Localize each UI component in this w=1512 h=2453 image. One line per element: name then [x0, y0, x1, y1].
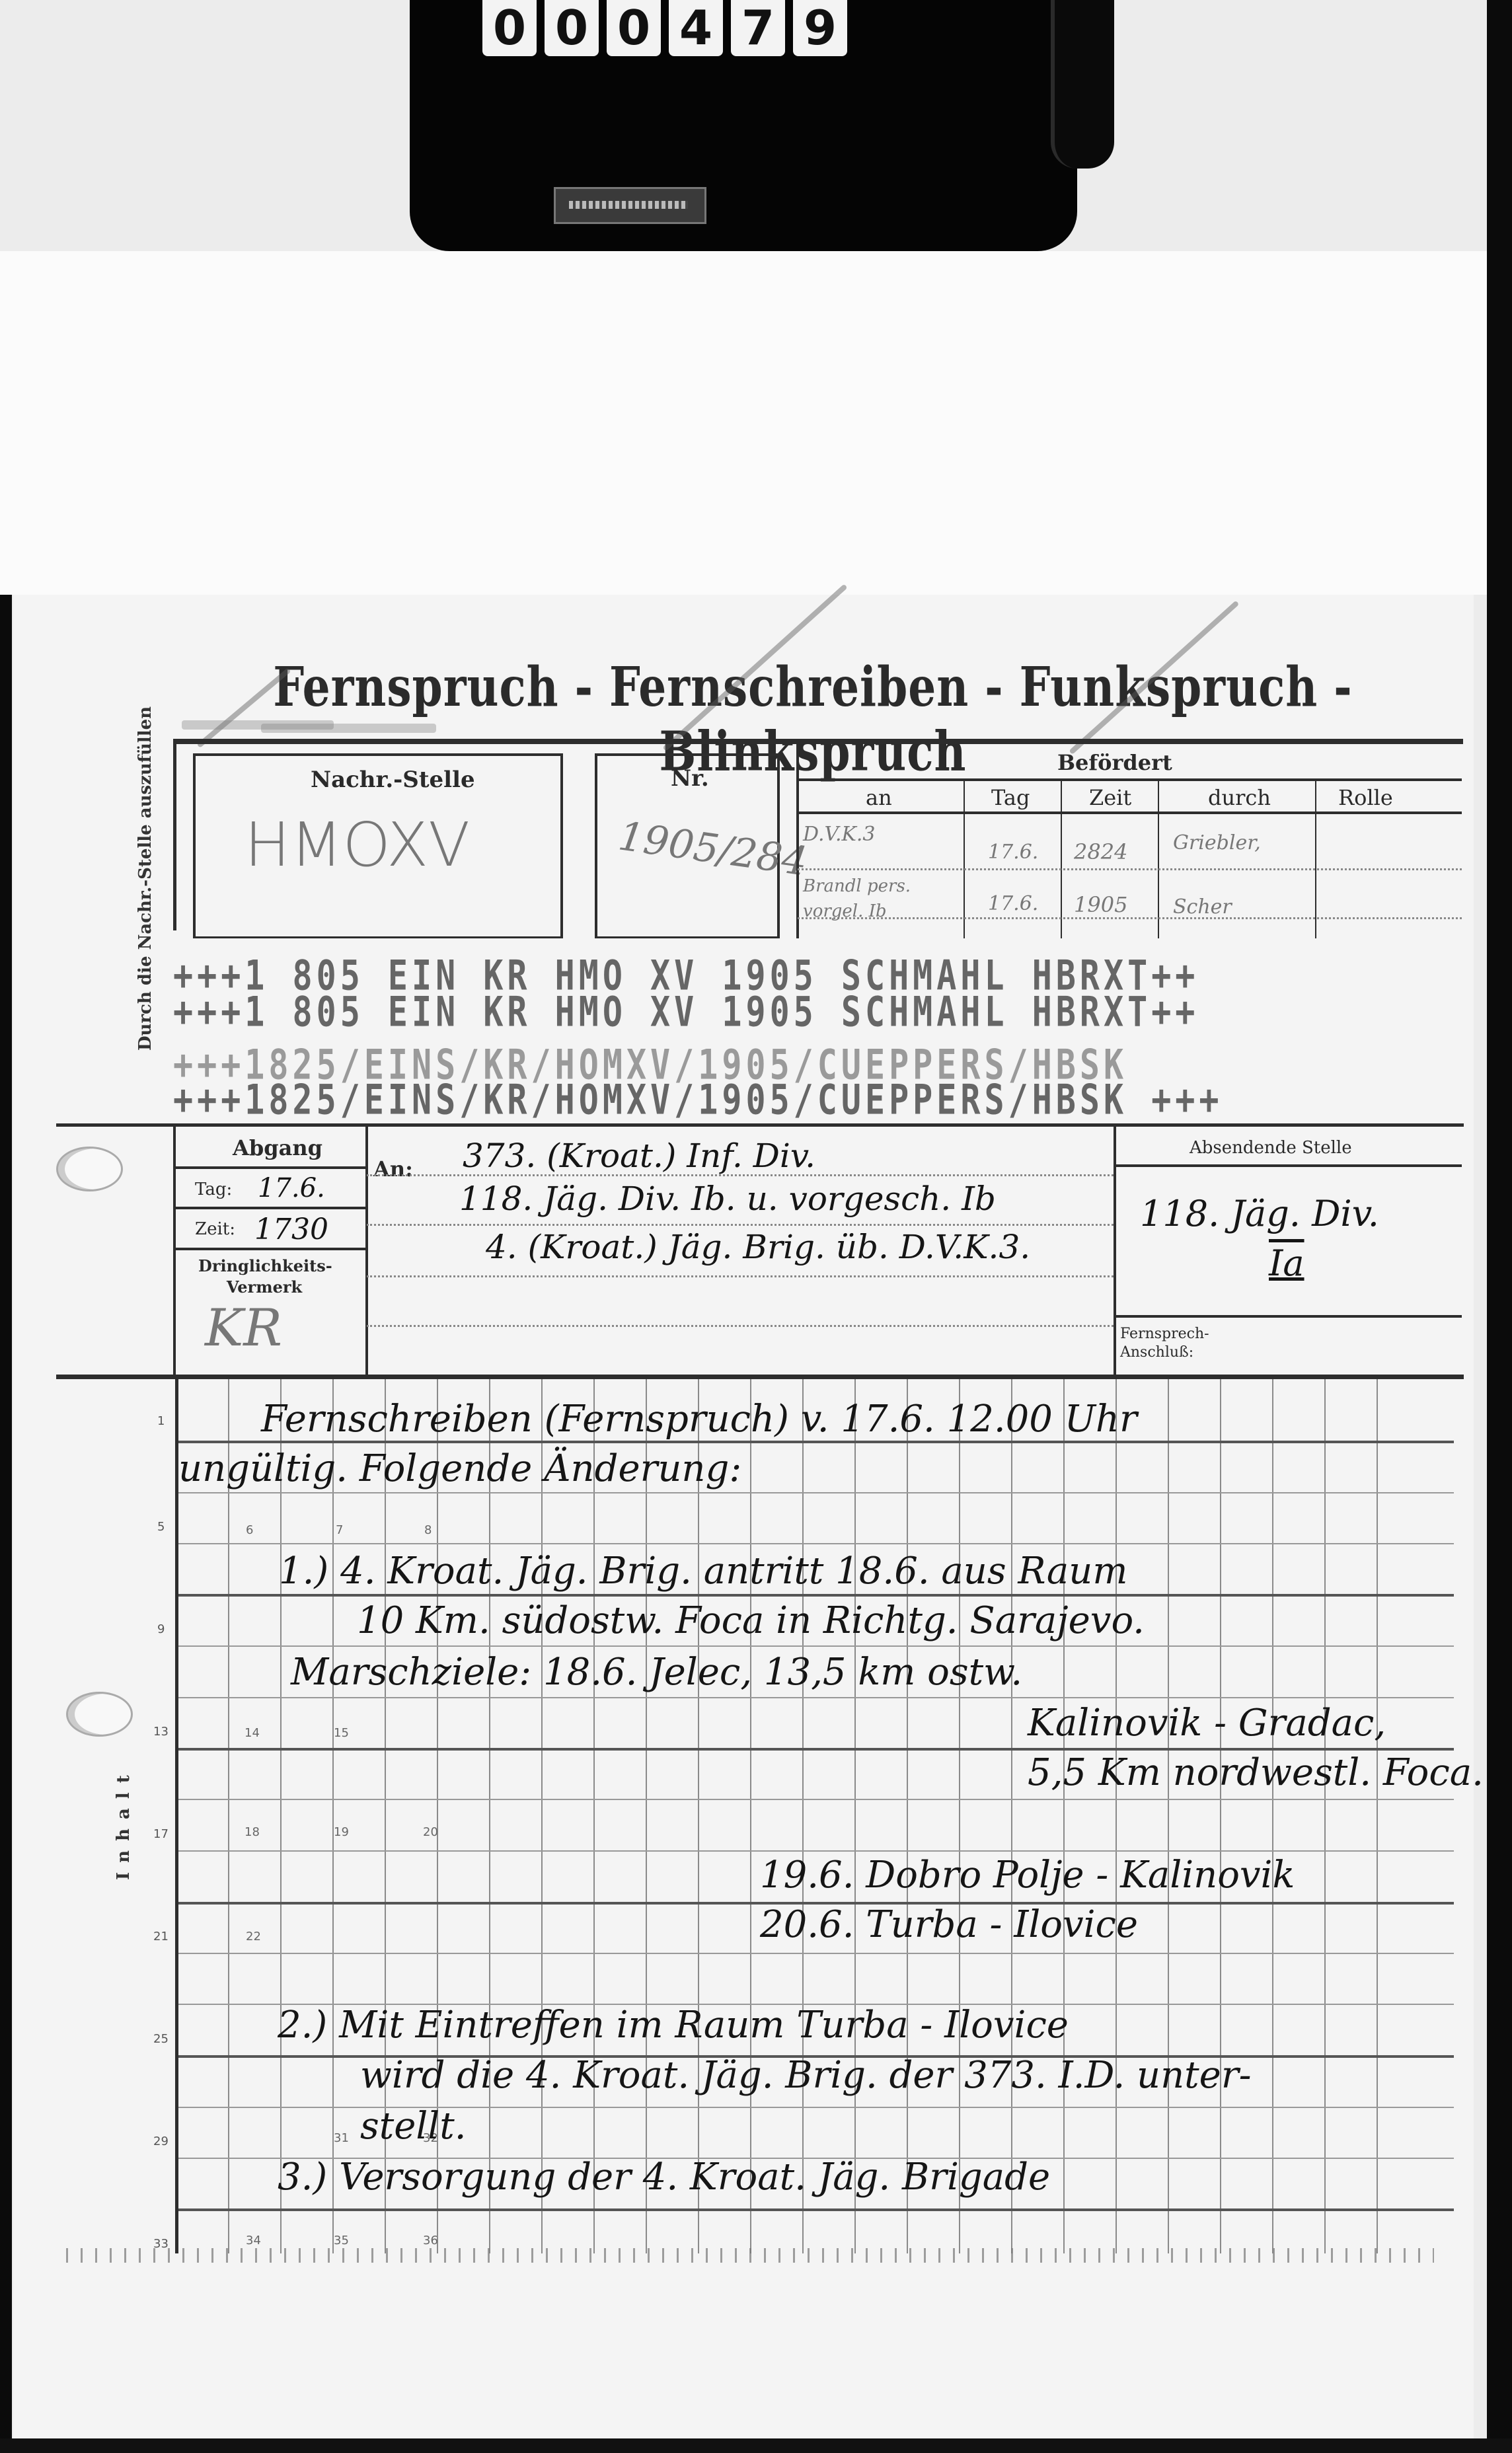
grid-row-rule: [178, 1953, 1454, 1954]
absendende-label: Absendende Stelle: [1190, 1138, 1352, 1158]
teletype-line: +++1825/EINS/KR/HOMXV/1905/CUEPPERS/HBSK…: [173, 1076, 1223, 1124]
message-line: 1.) 4. Kroat. Jäg. Brig. antritt 18.6. a…: [279, 1550, 1127, 1593]
grid-column-rule: [1168, 1379, 1169, 2253]
grid-number: 34: [246, 2234, 261, 2247]
message-line: 19.6. Dobro Polje - Kalinovik: [760, 1854, 1295, 1897]
befoerdert-col-rule: [1315, 780, 1316, 938]
dotted-rule: [367, 1174, 1114, 1176]
grid-number: 20: [423, 1825, 438, 1839]
grid-row-rule: [178, 1645, 1454, 1647]
an-line-3: 4. (Kroat.) Jäg. Brig. üb. D.V.K.3.: [486, 1228, 1030, 1266]
befoerdert-col-rule: [1061, 780, 1062, 938]
befoerdert-tag-1: 17.6.: [988, 841, 1038, 864]
title-rule: [173, 739, 1463, 744]
befoerdert-rule: [798, 811, 1462, 814]
row-number: 5: [157, 1520, 165, 1534]
fernsprech-label: Fernsprech-Anschluß:: [1120, 1325, 1213, 1362]
punch-hole: [66, 1692, 133, 1737]
message-line: Fernschreiben (Fernspruch) v. 17.6. 12.0…: [261, 1398, 1137, 1441]
row-number: 13: [153, 1725, 169, 1739]
inhalt-side-label: Inhalt: [114, 1766, 133, 1880]
row-number: 9: [157, 1622, 165, 1636]
an-label: An:: [373, 1156, 413, 1182]
abgang-tag-label: Tag:: [195, 1180, 232, 1199]
message-line: 2.) Mit Eintreffen im Raum Turba - Ilovi…: [278, 2004, 1069, 2047]
grid-column-rule: [1115, 1379, 1117, 2253]
teletype-line: +++1 805 EIN KR HMO XV 1905 SCHMAHL HBRX…: [173, 988, 1199, 1036]
absendende-rule: [1114, 1123, 1116, 1375]
grid-row-rule: [178, 1799, 1454, 1800]
befoerdert-tag-2: 17.6.: [988, 892, 1038, 915]
blank-paper-area: [0, 251, 1487, 595]
box-rule: [193, 936, 563, 938]
counter-digit: 0: [545, 0, 599, 56]
grid-column-rule: [332, 1379, 334, 2253]
befoerdert-rule: [796, 740, 799, 938]
grid-number: 14: [245, 1726, 260, 1740]
abgang-label: Abgang: [233, 1135, 322, 1160]
nachr-stelle-label: Nachr.-Stelle: [311, 767, 475, 793]
dotted-rule: [798, 868, 1462, 870]
camera-label-plate: [554, 187, 706, 224]
absendende-rule: [1115, 1164, 1462, 1167]
grid-column-rule: [854, 1379, 856, 2253]
col-header-zeit: Zeit: [1089, 785, 1131, 810]
grid-number: 19: [334, 1825, 349, 1839]
grid-column-rule: [750, 1379, 751, 2253]
grid-row-rule: [178, 1697, 1454, 1698]
grid-row-rule: [178, 1543, 1454, 1544]
row-number: 29: [153, 2134, 169, 2148]
grid-number: 31: [334, 2131, 349, 2145]
absendende-rule: [1115, 1315, 1462, 1318]
counter-digit: 9: [793, 0, 847, 56]
message-line: Kalinovik - Gradac,: [1028, 1702, 1386, 1745]
grid-column-rule: [959, 1379, 960, 2253]
abgang-rule: [174, 1248, 366, 1250]
grid-column-rule: [1063, 1379, 1065, 2253]
dringlichkeit-value: KR: [205, 1299, 282, 1358]
scan-border-left: [0, 595, 12, 2453]
absendende-value-2: Ia: [1269, 1242, 1304, 1284]
box-rule: [595, 936, 780, 938]
message-line: ungültig. Folgende Änderung:: [178, 1447, 741, 1490]
grid-row-rule: [178, 1441, 1454, 1443]
grid-column-rule: [646, 1379, 647, 2253]
grid-column-rule: [698, 1379, 699, 2253]
counter-digit: 7: [731, 0, 785, 56]
befoerdert-durch-2: Scher: [1173, 895, 1232, 919]
grid-column-rule: [1377, 1379, 1378, 2253]
befoerdert-col-rule: [1158, 780, 1159, 938]
grid-column-rule: [907, 1379, 908, 2253]
grid-column-rule: [228, 1379, 229, 2253]
row-number: 17: [153, 1827, 169, 1841]
box-rule: [595, 753, 597, 937]
nachr-stelle-value: HMOXV: [245, 810, 470, 880]
scan-border-right: [1487, 0, 1512, 2453]
message-line: 5,5 Km nordwestl. Foca.: [1028, 1751, 1484, 1794]
grid-row-rule: [178, 2208, 1454, 2211]
form-title: Fernspruch - Fernschreiben - Funkspruch …: [218, 655, 1408, 784]
row-number: 1: [157, 1414, 165, 1428]
message-line: 10 Km. südostw. Foca in Richtg. Sarajevo…: [357, 1599, 1145, 1642]
grid-number: 35: [334, 2234, 349, 2247]
col-header-durch: durch: [1208, 785, 1271, 810]
grid-row-rule: [178, 1594, 1454, 1597]
dringlichkeit-label: Dringlichkeits-Vermerk: [198, 1256, 330, 1298]
camera-knob: [1051, 0, 1114, 169]
befoerdert-an-2: Brandl pers. vorgel. Ib: [803, 874, 962, 924]
befoerdert-durch-1: Griebler,: [1173, 831, 1261, 854]
counter-digit: 4: [669, 0, 723, 56]
message-line: 20.6. Turba - Ilovice: [760, 1903, 1138, 1946]
befoerdert-label: Befördert: [1057, 750, 1172, 775]
grid-number: 6: [246, 1523, 253, 1537]
side-note: Durch die Nachr.-Stelle auszufüllen: [135, 706, 155, 1051]
col-header-an: an: [866, 785, 892, 810]
grid-column-rule: [489, 1379, 490, 2253]
section-rule: [56, 1123, 1464, 1127]
abgang-zeit-label: Zeit:: [195, 1219, 235, 1239]
abgang-rule: [174, 1166, 366, 1169]
grid-column-rule: [1324, 1379, 1326, 2253]
an-line-2: 118. Jäg. Div. Ib. u. vorgesch. Ib: [459, 1180, 996, 1218]
grid-column-rule: [1220, 1379, 1221, 2253]
col-header-tag: Tag: [991, 785, 1030, 810]
row-number: 21: [153, 1930, 169, 1944]
grid-number: 36: [423, 2234, 438, 2247]
abgang-tag-value: 17.6.: [258, 1173, 325, 1203]
abgang-rule: [174, 1207, 366, 1209]
counter-digit: 0: [482, 0, 537, 56]
befoerdert-zeit-1: 2824: [1074, 839, 1127, 864]
underline-mark: [261, 724, 436, 733]
befoerdert-zeit-2: 1905: [1074, 892, 1127, 917]
message-line: stellt.: [360, 2105, 467, 2148]
dotted-rule: [367, 1224, 1114, 1226]
grid-column-rule: [541, 1379, 543, 2253]
an-line-1: 373. (Kroat.) Inf. Div.: [463, 1137, 815, 1175]
perforation-edge: [59, 2248, 1434, 2263]
inhalt-left-rule: [175, 1375, 178, 2253]
box-rule: [193, 753, 196, 937]
message-line: 3.) Versorgung der 4. Kroat. Jäg. Brigad…: [278, 2156, 1050, 2199]
left-frame-rule: [173, 739, 176, 930]
grid-row-rule: [178, 1850, 1454, 1852]
nr-label: Nr.: [671, 765, 709, 792]
message-line: wird die 4. Kroat. Jäg. Brig. der 373. I…: [360, 2054, 1252, 2097]
dotted-rule: [367, 1325, 1114, 1327]
counter-digit: 0: [607, 0, 661, 56]
befoerdert-col-rule: [964, 780, 965, 938]
section-rule: [56, 1375, 1464, 1379]
grid-column-rule: [280, 1379, 282, 2253]
grid-column-rule: [593, 1379, 595, 2253]
grid-row-rule: [178, 1748, 1454, 1751]
message-line: Marschziele: 18.6. Jelec, 13,5 km ostw.: [291, 1651, 1022, 1694]
grid-number: 15: [334, 1726, 349, 1740]
befoerdert-an-1: D.V.K.3: [803, 823, 876, 846]
grid-column-rule: [802, 1379, 804, 2253]
box-rule: [560, 753, 563, 937]
frame-counter: 0 0 0 4 7 9: [482, 0, 847, 59]
grid-column-rule: [1011, 1379, 1012, 2253]
punch-hole: [56, 1147, 123, 1191]
col-header-rolle: Rolle: [1338, 785, 1393, 810]
scan-border-bottom: [0, 2438, 1512, 2453]
grid-number: 18: [245, 1825, 260, 1839]
row-number: 25: [153, 2032, 169, 2046]
abgang-zeit-value: 1730: [254, 1213, 328, 1246]
grid-number: 7: [336, 1523, 343, 1537]
dotted-rule: [367, 1275, 1114, 1277]
absendende-value-1: 118. Jäg. Div.: [1140, 1193, 1379, 1234]
grid-column-rule: [1272, 1379, 1273, 2253]
row-number: 33: [153, 2237, 169, 2251]
grid-row-rule: [178, 1492, 1454, 1493]
grid-number: 22: [246, 1930, 261, 1944]
befoerdert-rule: [798, 778, 1462, 781]
box-rule: [193, 753, 563, 756]
grid-number: 8: [424, 1523, 432, 1537]
box-rule: [595, 753, 780, 756]
